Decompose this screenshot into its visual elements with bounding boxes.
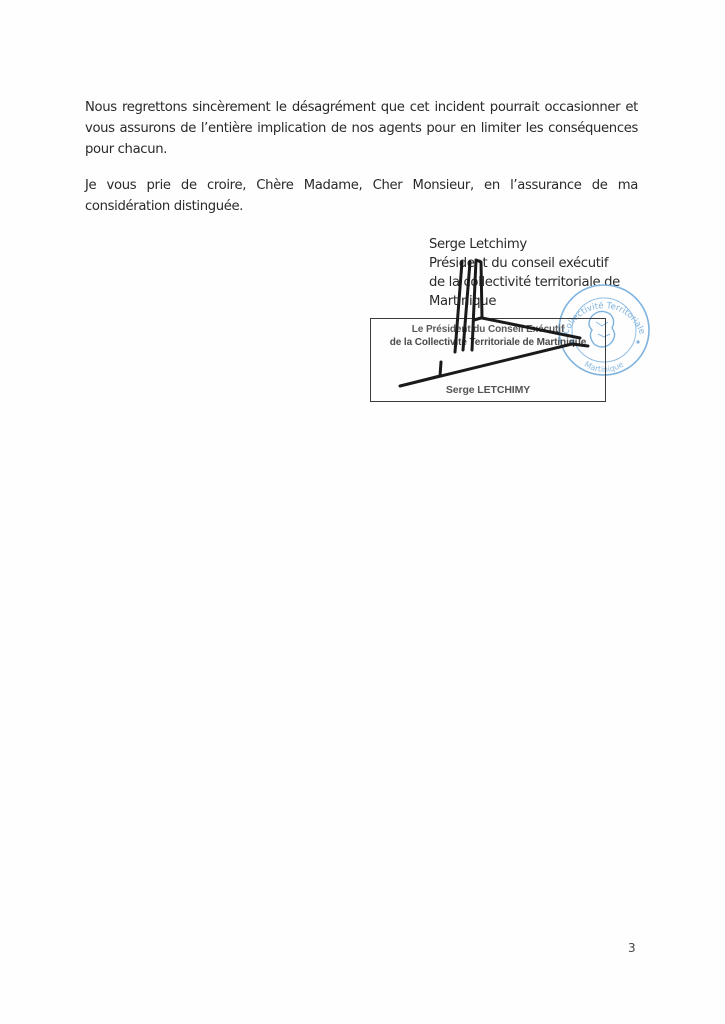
document-page: Nous regrettons sincèrement le désagréme… (0, 0, 725, 1024)
signatory-name: Serge Letchimy (429, 235, 649, 254)
stamp-title-line-1: Le Président du Conseil Exécutif (371, 324, 605, 335)
stamp-name: Serge LETCHIMY (371, 384, 605, 396)
official-stamp: Le Président du Conseil Exécutif de la C… (370, 318, 606, 402)
signatory-title-line-1: Président du conseil exécutif (429, 254, 649, 273)
stamp-title-line-2: de la Collectivité Territoriale de Marti… (371, 337, 605, 348)
closing-paragraph-salutation: Je vous prie de croire, Chère Madame, Ch… (85, 175, 638, 217)
closing-paragraph-regret: Nous regrettons sincèrement le désagréme… (85, 97, 638, 160)
page-number: 3 (628, 941, 636, 955)
